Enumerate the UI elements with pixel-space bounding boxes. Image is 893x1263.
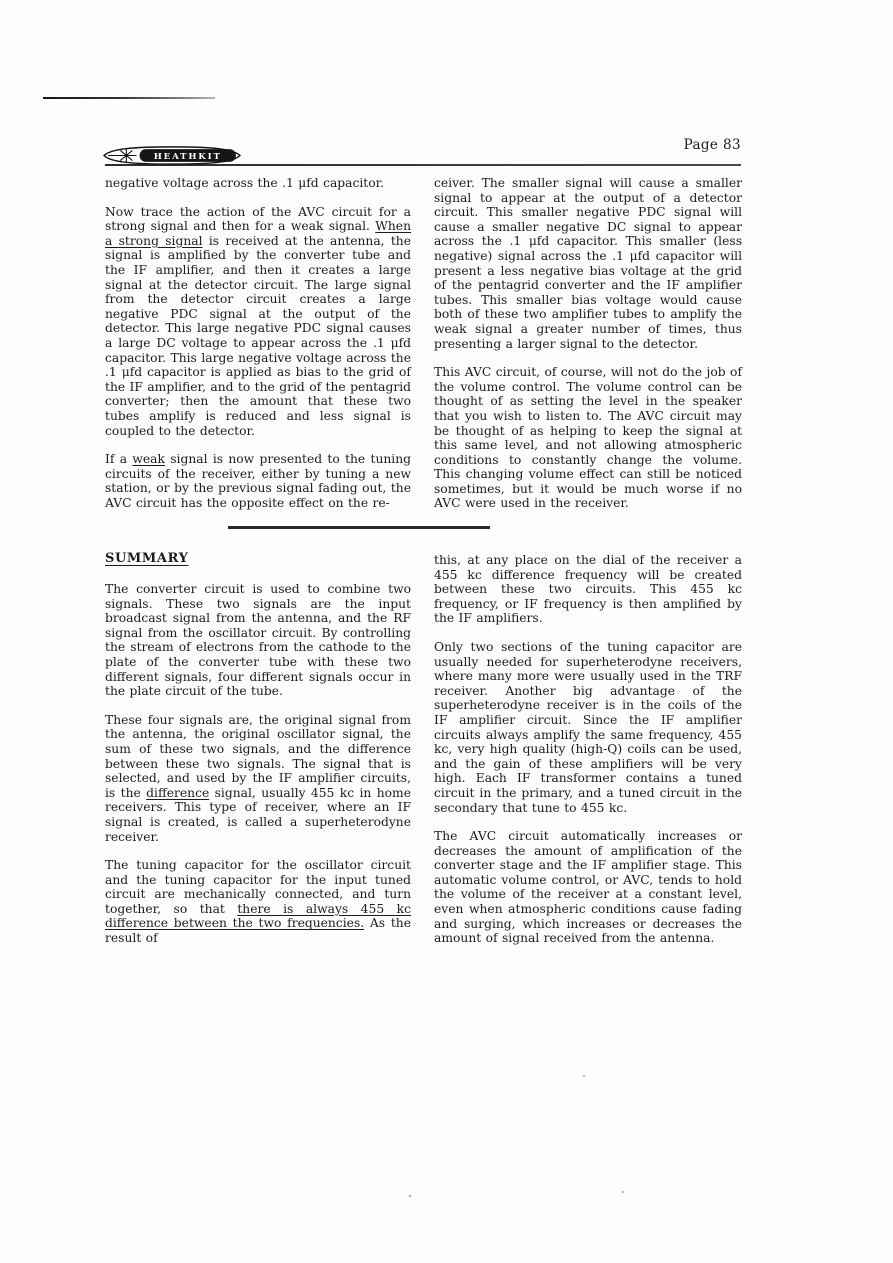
paragraph: These four signals are, the original sig… [105,713,411,844]
paragraph: this, at any place on the dial of the re… [434,553,742,626]
scan-speck [622,1191,624,1193]
scan-speck [409,1195,411,1197]
paragraph: negative voltage across the .1 μfd capac… [105,176,411,191]
page-number: Page 83 [620,137,741,153]
left-column: negative voltage across the .1 μfd capac… [105,176,411,510]
section-divider [228,526,490,529]
paragraph: The converter circuit is used to combine… [105,582,411,699]
summary-heading: SUMMARY [105,551,411,566]
scan-speck [583,1075,585,1077]
paragraph: ceiver. The smaller signal will cause a … [434,176,742,351]
scanned-page: HEATHKIT Page 83 negative voltage across… [0,0,893,1263]
paragraph: Only two sections of the tuning capacito… [434,640,742,815]
heathkit-logo: HEATHKIT [102,143,242,168]
paragraph: Now trace the action of the AVC circuit … [105,205,411,439]
scan-artifact-line [43,97,215,99]
paragraph: The AVC circuit automatically increases … [434,829,742,946]
heathkit-logo-icon: HEATHKIT [102,143,242,168]
right-column: ceiver. The smaller signal will cause a … [434,176,742,511]
summary-right-column: this, at any place on the dial of the re… [434,553,742,946]
logo-text: HEATHKIT [154,152,222,162]
paragraph: The tuning capacitor for the oscillator … [105,858,411,946]
summary-left-column: SUMMARY The converter circuit is used to… [105,551,411,946]
paragraph: If a weak signal is now presented to the… [105,452,411,510]
paragraph: This AVC circuit, of course, will not do… [434,365,742,511]
